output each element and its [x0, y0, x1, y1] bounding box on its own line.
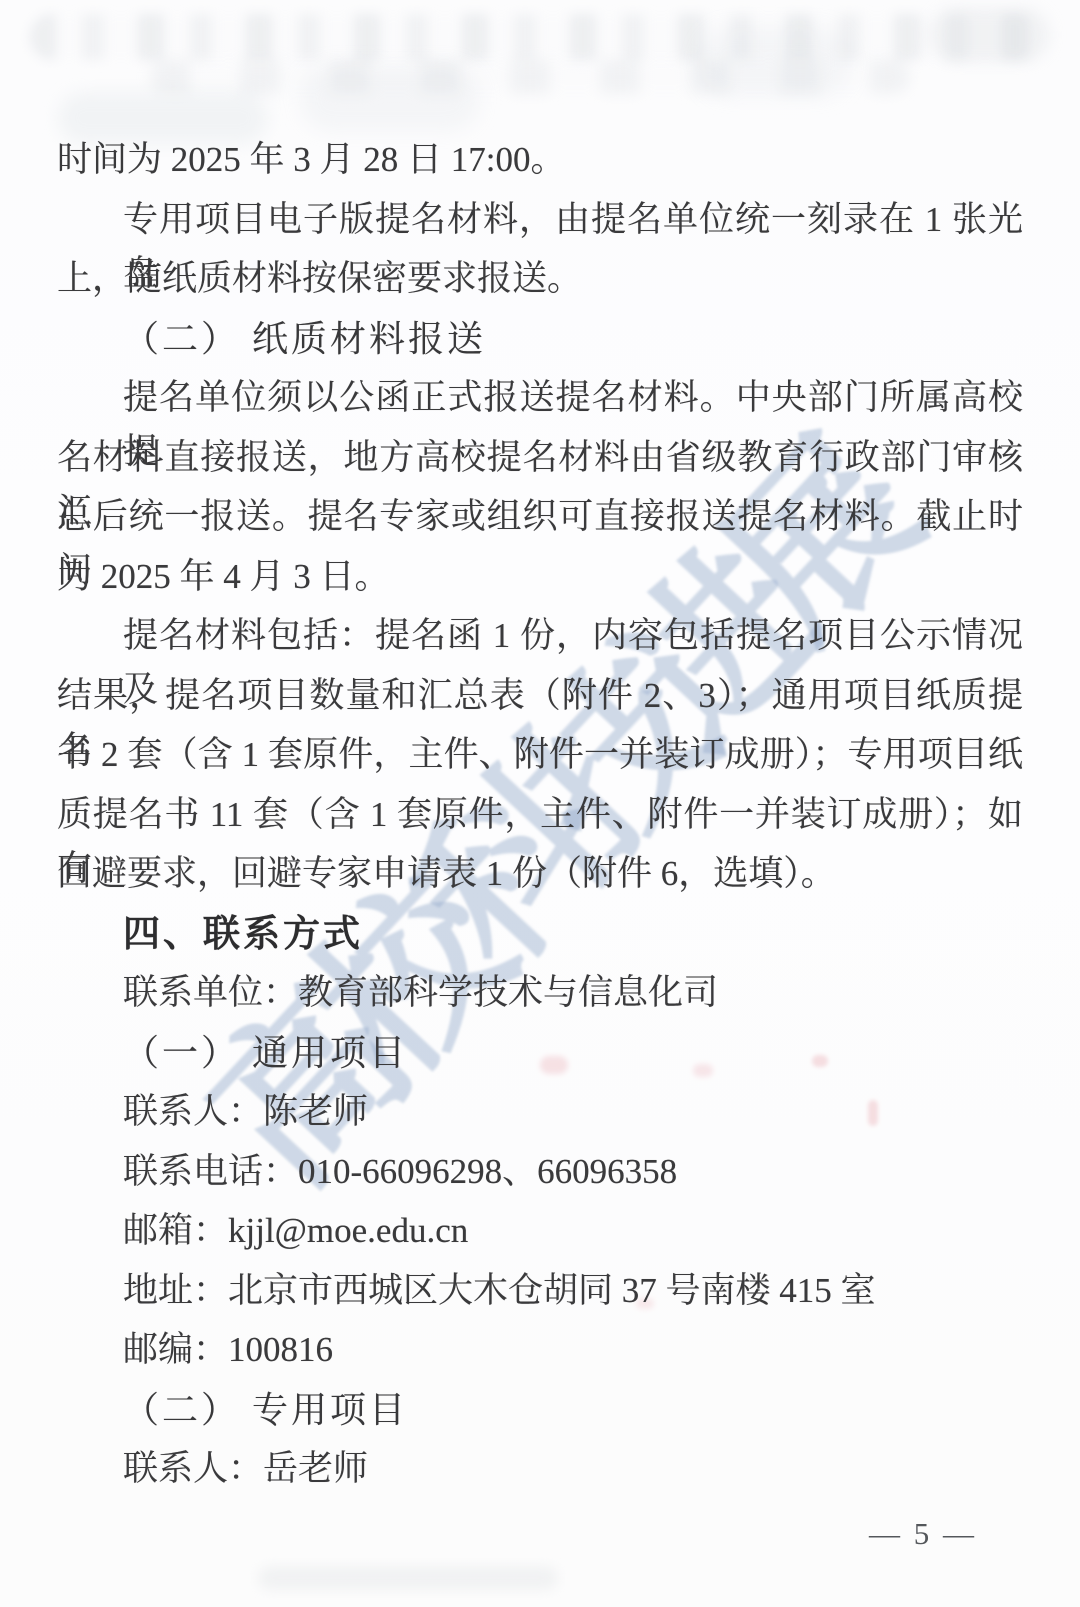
sub-heading: （一） 通用项目 [57, 1026, 1023, 1080]
text-line: 地址：北京市西城区大木仓胡同 37 号南楼 415 室 [57, 1264, 1023, 1318]
text-line: 联系单位：教育部科学技术与信息化司 [57, 966, 1023, 1020]
text-line: 回避要求，回避专家申请表 1 份（附件 6，选填）。 [57, 847, 1023, 901]
text-line: 联系人：陈老师 [57, 1085, 1023, 1139]
text-line: 质提名书 11 套（含 1 套原件，主件、附件一并装订成册）；如有 [57, 788, 1023, 842]
text-line: 结果，提名项目数量和汇总表（附件 2、3）；通用项目纸质提名 [57, 669, 1023, 723]
page-number: — 5 — [848, 1512, 998, 1556]
text-line: 上，随纸质材料按保密要求报送。 [57, 252, 1023, 306]
text-line: 总后统一报送。提名专家或组织可直接报送提名材料。截止时间 [57, 490, 1023, 544]
text-line: 联系电话：010-66096298、66096358 [57, 1145, 1023, 1199]
document-text: 时间为 2025 年 3 月 28 日 17:00。专用项目电子版提名材料，由提… [0, 0, 1080, 1607]
section-heading: 四、联系方式 [57, 907, 1023, 961]
sub-heading: （二） 专用项目 [57, 1383, 1023, 1437]
text-line: 为 2025 年 4 月 3 日。 [57, 550, 1023, 604]
text-line: 时间为 2025 年 3 月 28 日 17:00。 [57, 133, 1023, 187]
document-page: 高校科技进展 时间为 2025 年 3 月 28 日 17:00。专用项目电子版… [0, 0, 1080, 1607]
text-line: 提名单位须以公函正式报送提名材料。中央部门所属高校提 [57, 371, 1023, 425]
text-line: 联系人：岳老师 [57, 1442, 1023, 1496]
sub-heading: （二） 纸质材料报送 [57, 312, 1023, 366]
text-line: 邮编：100816 [57, 1323, 1023, 1377]
text-line: 提名材料包括：提名函 1 份，内容包括提名项目公示情况及 [57, 609, 1023, 663]
text-line: 书 2 套（含 1 套原件，主件、附件一并装订成册）；专用项目纸 [57, 728, 1023, 782]
text-line: 名材料直接报送，地方高校提名材料由省级教育行政部门审核汇 [57, 431, 1023, 485]
text-line: 专用项目电子版提名材料，由提名单位统一刻录在 1 张光盘 [57, 193, 1023, 247]
text-line: 邮箱：kjjl@moe.edu.cn [57, 1204, 1023, 1258]
